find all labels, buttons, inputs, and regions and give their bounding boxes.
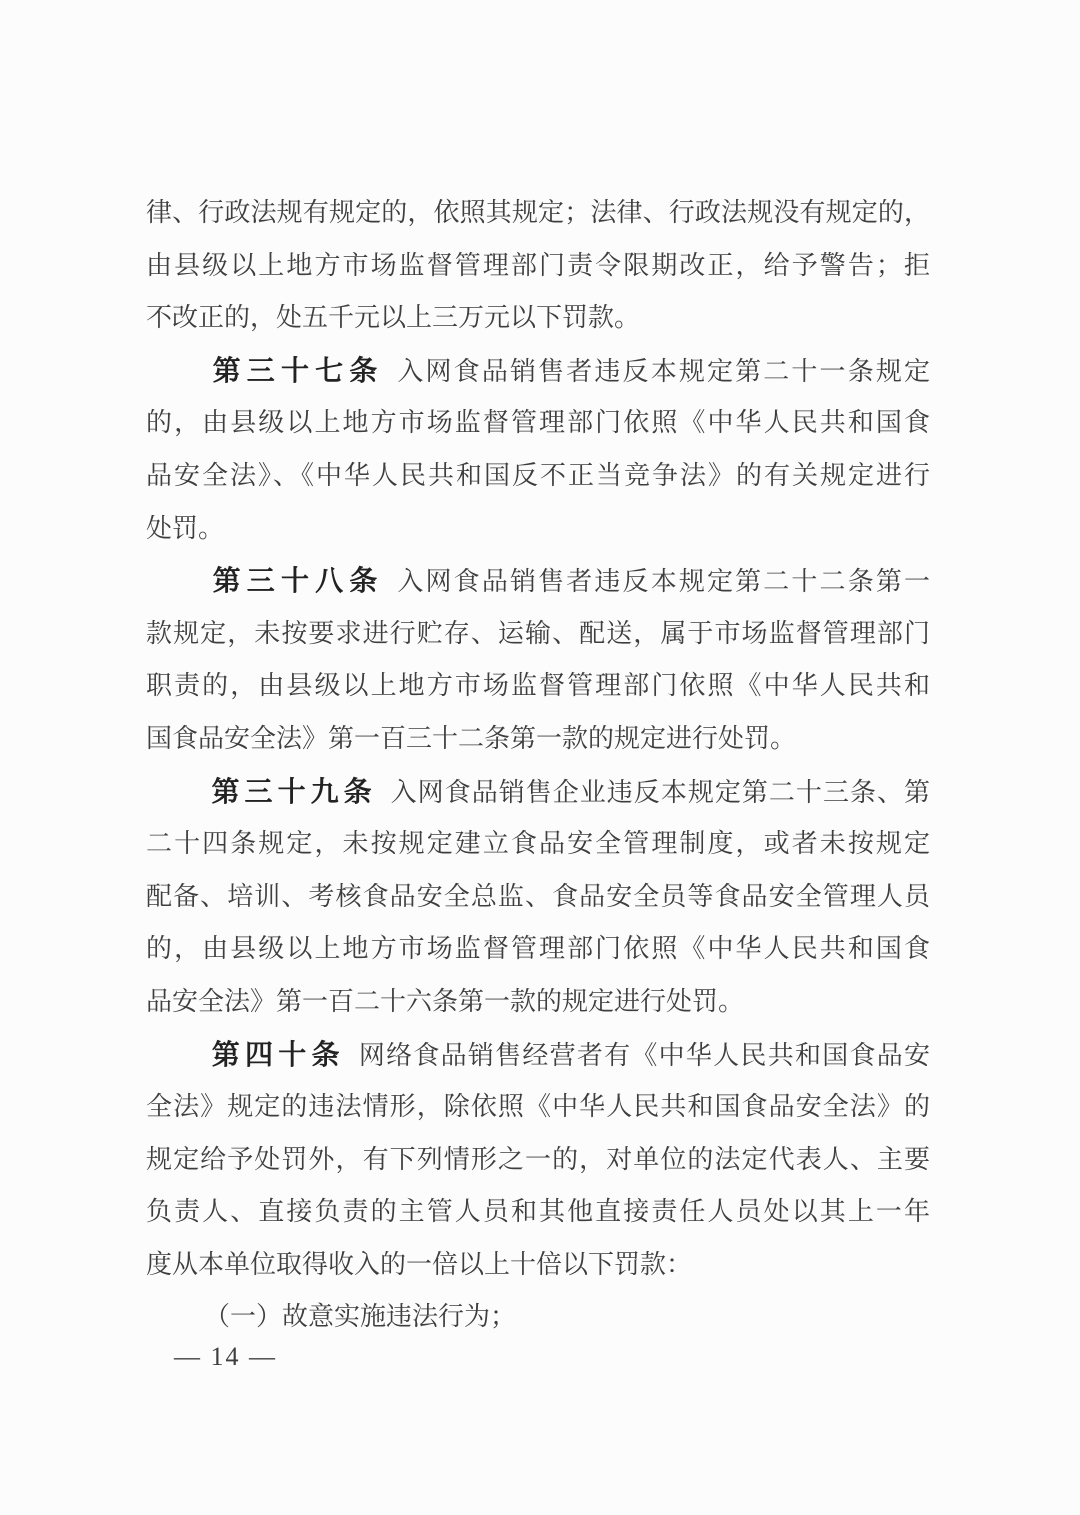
article-number: 第三十七条: [213, 355, 384, 386]
article-37-head-line: 第三十七条入网食品销售者违反本规定第二十一条规定: [146, 345, 930, 398]
article-39-head-line: 第三十九条入网食品销售企业违反本规定第二十三条、第: [146, 766, 930, 819]
text-line: 国食品安全法》第一百三十二条第一款的规定进行处罚。: [146, 713, 930, 766]
text-line: 品安全法》第一百二十六条第一款的规定进行处罚。: [146, 976, 930, 1029]
article-number: 第三十九条: [212, 776, 377, 807]
list-item-1: （一）故意实施违法行为；: [146, 1291, 930, 1344]
text-line: 的，由县级以上地方市场监督管理部门依照《中华人民共和国食: [146, 923, 930, 976]
text-line: 全法》规定的违法情形，除依照《中华人民共和国食品安全法》的: [146, 1081, 930, 1134]
document-page: 律、行政法规有规定的，依照其规定；法律、行政法规没有规定的， 由县级以上地方市场…: [0, 0, 1080, 1515]
article-40-head-line: 第四十条网络食品销售经营者有《中华人民共和国食品安: [146, 1029, 930, 1082]
text-line: 配备、培训、考核食品安全总监、食品安全员等食品安全管理人员: [146, 871, 930, 924]
text-line: 的，由县级以上地方市场监督管理部门依照《中华人民共和国食: [146, 397, 930, 450]
text-line: 二十四条规定，未按规定建立食品安全管理制度，或者未按规定: [146, 818, 930, 871]
text-line: 品安全法》、《中华人民共和国反不正当竞争法》的有关规定进行: [146, 450, 930, 503]
text-line: 规定给予处罚外，有下列情形之一的，对单位的法定代表人、主要: [146, 1134, 930, 1187]
text-line: 负责人、直接负责的主管人员和其他直接责任人员处以其上一年: [146, 1186, 930, 1239]
article-number: 第三十八条: [213, 565, 384, 596]
article-text: 网络食品销售经营者有《中华人民共和国食品安: [359, 1041, 930, 1070]
text-line: 度从本单位取得收入的一倍以上十倍以下罚款：: [146, 1239, 930, 1292]
text-line: 不改正的，处五千元以上三万元以下罚款。: [146, 292, 930, 345]
article-38-head-line: 第三十八条入网食品销售者违反本规定第二十二条第一: [146, 555, 930, 608]
document-body: 律、行政法规有规定的，依照其规定；法律、行政法规没有规定的， 由县级以上地方市场…: [146, 187, 930, 1344]
text-line: 职责的，由县级以上地方市场监督管理部门依照《中华人民共和: [146, 660, 930, 713]
page-number: — 14 —: [174, 1341, 277, 1373]
text-line: 款规定，未按要求进行贮存、运输、配送，属于市场监督管理部门: [146, 608, 930, 661]
text-line: 处罚。: [146, 503, 930, 556]
text-line: 律、行政法规有规定的，依照其规定；法律、行政法规没有规定的，: [146, 187, 930, 240]
article-text: 入网食品销售者违反本规定第二十二条第一: [397, 567, 930, 596]
text-line: 由县级以上地方市场监督管理部门责令限期改正，给予警告；拒: [146, 240, 930, 293]
article-text: 入网食品销售企业违反本规定第二十三条、第: [391, 778, 930, 807]
article-text: 入网食品销售者违反本规定第二十一条规定: [397, 357, 930, 386]
article-number: 第四十条: [212, 1039, 345, 1070]
